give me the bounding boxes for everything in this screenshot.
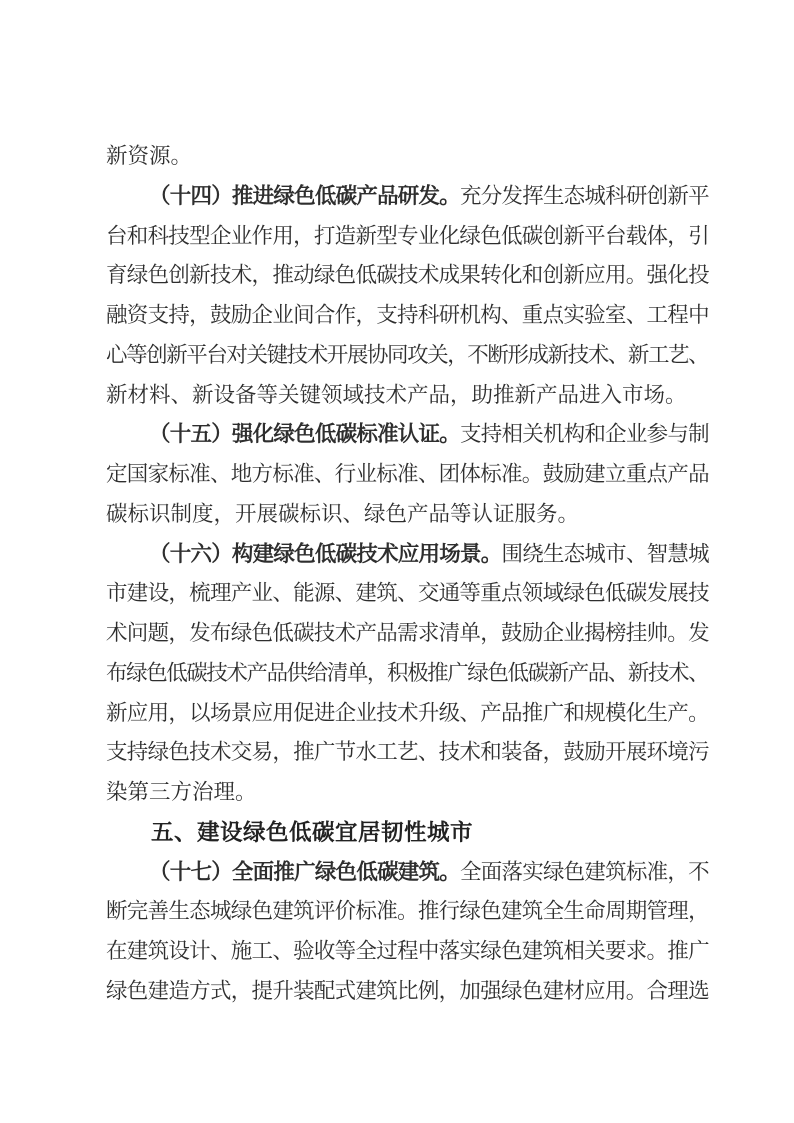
body-text: 绿色建造方式，提升装配式建筑比例，加强绿色建材应用。合理选 xyxy=(106,979,708,1003)
body-text: 支持相关机构和企业参与制 xyxy=(460,422,708,446)
body-text: 新资源。 xyxy=(106,144,192,168)
document-body: 新资源。（十四）推进绿色低碳产品研发。充分发挥生态城科研创新平台和科技型企业作用… xyxy=(106,137,708,1012)
body-text: 新应用，以场景应用促进企业技术升级、产品推广和规模化生产。 xyxy=(106,701,708,725)
paragraph-lead-in: （十四）推进绿色低碳产品研发。 xyxy=(149,184,460,208)
heading-text: 五、建设绿色低碳宜居韧性城市 xyxy=(151,820,473,845)
body-text: 心等创新平台对关键技术开展协同攻关，不断形成新技术、新工艺、 xyxy=(106,343,708,367)
section-heading: 五、建设绿色低碳宜居韧性城市 xyxy=(106,813,708,853)
body-text: 在建筑设计、施工、验收等全过程中落实绿色建筑相关要求。推广 xyxy=(106,939,708,963)
text-line: 心等创新平台对关键技术开展协同攻关，不断形成新技术、新工艺、 xyxy=(106,336,708,376)
body-text: 育绿色创新技术，推动绿色低碳技术成果转化和创新应用。强化投 xyxy=(106,263,708,287)
body-text: 术问题，发布绿色低碳技术产品需求清单，鼓励企业揭榜挂帅。发 xyxy=(106,621,708,645)
text-line: 新应用，以场景应用促进企业技术升级、产品推广和规模化生产。 xyxy=(106,694,708,734)
text-line: 布绿色低碳技术产品供给清单，积极推广绿色低碳新产品、新技术、 xyxy=(106,654,708,694)
text-line: （十七）全面推广绿色低碳建筑。全面落实绿色建筑标准，不 xyxy=(106,853,708,893)
text-line: 术问题，发布绿色低碳技术产品需求清单，鼓励企业揭榜挂帅。发 xyxy=(106,614,708,654)
text-line: 融资支持，鼓励企业间合作，支持科研机构、重点实验室、工程中 xyxy=(106,296,708,336)
text-line: 台和科技型企业作用，打造新型专业化绿色低碳创新平台载体，引 xyxy=(106,217,708,257)
body-text: 全面落实绿色建筑标准，不 xyxy=(460,860,708,884)
text-line: 染第三方治理。 xyxy=(106,773,708,813)
body-text: 新材料、新设备等关键领域技术产品，助推新产品进入市场。 xyxy=(106,383,687,407)
body-text: 融资支持，鼓励企业间合作，支持科研机构、重点实验室、工程中 xyxy=(106,303,708,327)
body-text: 市建设，梳理产业、能源、建筑、交通等重点领域绿色低碳发展技 xyxy=(106,581,708,605)
body-text: 染第三方治理。 xyxy=(106,780,257,804)
text-line: 市建设，梳理产业、能源、建筑、交通等重点领域绿色低碳发展技 xyxy=(106,574,708,614)
text-line: 断完善生态城绿色建筑评价标准。推行绿色建筑全生命周期管理， xyxy=(106,892,708,932)
paragraph-lead-in: （十五）强化绿色低碳标准认证。 xyxy=(149,422,460,446)
body-text: 碳标识制度，开展碳标识、绿色产品等认证服务。 xyxy=(106,502,579,526)
body-text: 围绕生态城市、智慧城 xyxy=(501,542,708,566)
text-line: 碳标识制度，开展碳标识、绿色产品等认证服务。 xyxy=(106,495,708,535)
text-line: 定国家标准、地方标准、行业标准、团体标准。鼓励建立重点产品 xyxy=(106,455,708,495)
document-page: { "page": { "background_color": "#ffffff… xyxy=(0,0,794,1123)
body-text: 台和科技型企业作用，打造新型专业化绿色低碳创新平台载体，引 xyxy=(106,224,708,248)
text-line: 新资源。 xyxy=(106,137,708,177)
text-line: 在建筑设计、施工、验收等全过程中落实绿色建筑相关要求。推广 xyxy=(106,932,708,972)
paragraph-lead-in: （十七）全面推广绿色低碳建筑。 xyxy=(149,860,460,884)
text-line: （十六）构建绿色低碳技术应用场景。围绕生态城市、智慧城 xyxy=(106,535,708,575)
text-line: 绿色建造方式，提升装配式建筑比例，加强绿色建材应用。合理选 xyxy=(106,972,708,1012)
body-text: 布绿色低碳技术产品供给清单，积极推广绿色低碳新产品、新技术、 xyxy=(106,661,708,685)
paragraph-lead-in: （十六）构建绿色低碳技术应用场景。 xyxy=(149,542,501,566)
text-line: （十四）推进绿色低碳产品研发。充分发挥生态城科研创新平 xyxy=(106,177,708,217)
body-text: 充分发挥生态城科研创新平 xyxy=(460,184,708,208)
body-text: 支持绿色技术交易，推广节水工艺、技术和装备，鼓励开展环境污 xyxy=(106,740,708,764)
body-text: 定国家标准、地方标准、行业标准、团体标准。鼓励建立重点产品 xyxy=(106,462,708,486)
text-line: 支持绿色技术交易，推广节水工艺、技术和装备，鼓励开展环境污 xyxy=(106,733,708,773)
body-text: 断完善生态城绿色建筑评价标准。推行绿色建筑全生命周期管理， xyxy=(106,899,708,923)
text-line: 新材料、新设备等关键领域技术产品，助推新产品进入市场。 xyxy=(106,376,708,416)
text-line: （十五）强化绿色低碳标准认证。支持相关机构和企业参与制 xyxy=(106,415,708,455)
text-line: 育绿色创新技术，推动绿色低碳技术成果转化和创新应用。强化投 xyxy=(106,256,708,296)
